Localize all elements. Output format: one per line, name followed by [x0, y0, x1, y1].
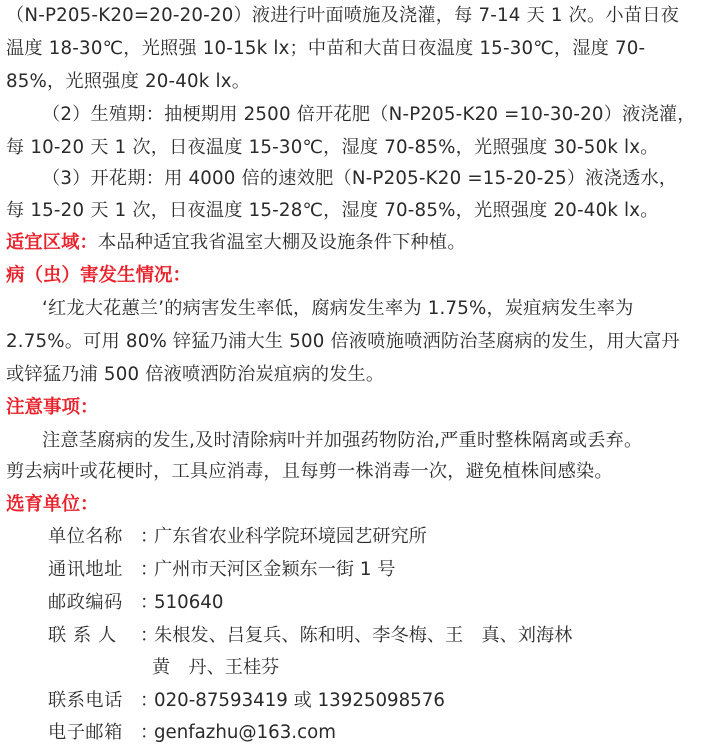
info-separator: ： [140, 591, 154, 615]
info-label: 联系电话 [48, 689, 140, 713]
flowering-stage-line-1: （3）开花期：用 4000 倍的速效肥（N-P205-K20 =15-20-25… [42, 167, 677, 191]
suitable-area-text: 本品种适宜我省温室大棚及设施条件下种植。 [98, 232, 466, 253]
notes-line-1: 注意茎腐病的发生,及时清除病叶并加强药物防治,严重时整株隔离或丢弃。 [42, 429, 642, 453]
info-separator: ： [140, 525, 154, 549]
info-value: 广东省农业科学院环境园艺研究所 [154, 525, 427, 549]
info-value: 020-87593419 或 13925098576 [154, 689, 445, 713]
info-separator: ： [140, 558, 154, 582]
reproductive-stage-line-2: 每 10-20 天 1 次，日夜温度 15-30℃，湿度 70-85%，光照强度… [6, 136, 659, 160]
info-label: 联 系 人 [48, 624, 140, 648]
info-value: 朱根发、吕复兵、陈和明、李冬梅、王 真、刘海林 [154, 624, 572, 648]
suitable-area-heading: 适宜区域： [6, 232, 98, 253]
breeder-row-address: 通讯地址：广州市天河区金颖东一街 1 号 [48, 558, 395, 582]
info-label: 电子邮箱 [48, 721, 140, 745]
pest-line-3: 或锌猛乃浦 500 倍液喷洒防治炭疽病的发生。 [6, 363, 384, 387]
nutrition-line-1: （N-P205-K20=20-20-20）液进行叶面喷施及浇灌，每 7-14 天… [6, 4, 679, 28]
notes-line-2: 剪去病叶或花梗时，工具应消毒，且每剪一株消毒一次，避免植株间感染。 [6, 460, 613, 484]
pest-heading: 病（虫）害发生情况： [6, 264, 191, 288]
breeder-row-unit-name: 单位名称：广东省农业科学院环境园艺研究所 [48, 525, 427, 549]
breeder-row-phone: 联系电话：020-87593419 或 13925098576 [48, 689, 445, 713]
breeder-row-postcode: 邮政编码：510640 [48, 591, 223, 615]
info-separator: ： [140, 624, 154, 648]
info-value: 510640 [154, 591, 223, 615]
info-label: 通讯地址 [48, 558, 140, 582]
info-label: 单位名称 [48, 525, 140, 549]
info-label: 邮政编码 [48, 591, 140, 615]
notes-heading: 注意事项： [6, 396, 99, 420]
flowering-stage-line-2: 每 15-20 天 1 次，日夜温度 15-28℃，湿度 70-85%，光照强度… [6, 199, 659, 223]
breeder-row-contacts-continued: 黄 丹、王桂芬 [152, 656, 279, 680]
info-separator: ： [140, 721, 154, 745]
info-value: genfazhu@163.com [154, 721, 336, 745]
pest-line-2: 2.75%。可用 80% 锌猛乃浦大生 500 倍液喷施喷洒防治茎腐病的发生，用… [6, 330, 680, 354]
reproductive-stage-line-1: （2）生殖期：抽梗期用 2500 倍开花肥（N-P205-K20 =10-30-… [42, 103, 696, 127]
info-value: 广州市天河区金颖东一街 1 号 [154, 558, 395, 582]
nutrition-line-2: 温度 18-30℃，光照强 10-15k lx；中苗和大苗日夜温度 15-30℃… [6, 37, 645, 61]
breeder-row-email: 电子邮箱：genfazhu@163.com [48, 721, 336, 745]
info-separator: ： [140, 689, 154, 713]
pest-line-1: ‘红龙大花蕙兰’的病害发生率低，腐病发生率为 1.75%，炭疽病发生率为 [42, 297, 634, 321]
nutrition-line-3: 85%，光照强度 20-40k lx。 [6, 70, 250, 94]
suitable-area-paragraph: 适宜区域：本品种适宜我省温室大棚及设施条件下种植。 [6, 231, 466, 255]
breeder-row-contacts: 联 系 人：朱根发、吕复兵、陈和明、李冬梅、王 真、刘海林 [48, 624, 572, 648]
breeder-heading: 选育单位： [6, 493, 99, 517]
